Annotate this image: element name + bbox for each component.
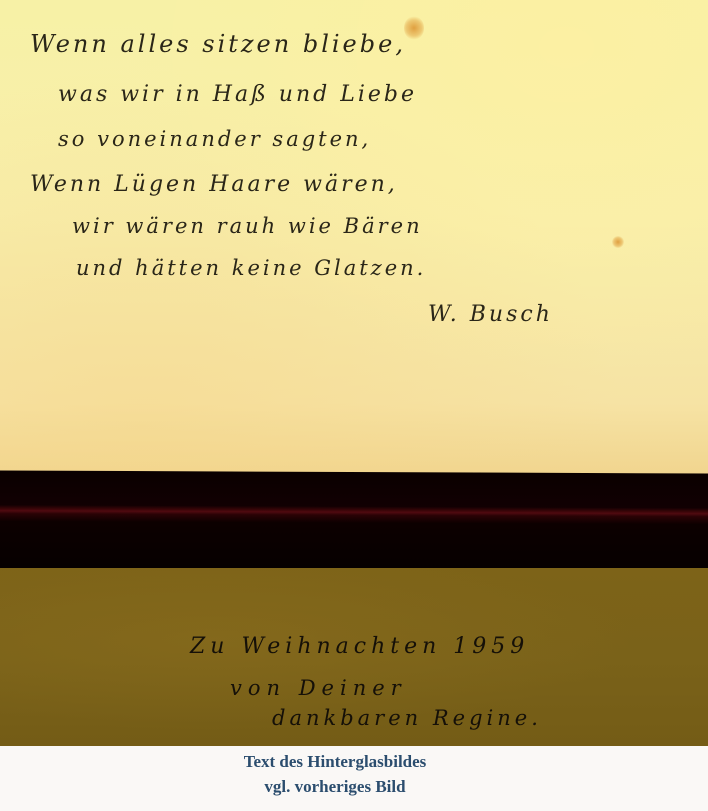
poem-line-2: was wir in Haß und Liebe xyxy=(58,82,417,107)
poem-line-6: und hätten keine Glatzen. xyxy=(76,256,426,280)
poem-line-4: Wenn Lügen Haare wären, xyxy=(30,172,398,197)
caption-area: Text des Hinterglasbildes vgl. vorherige… xyxy=(0,746,708,811)
dark-frame-band xyxy=(0,470,708,571)
caption-title: Text des Hinterglasbildes xyxy=(0,752,670,772)
dedication-line-3: dankbaren Regine. xyxy=(272,706,542,730)
poem-line-5: wir wären rauh wie Bären xyxy=(72,214,423,238)
ink-stain xyxy=(612,236,624,248)
dedication-line-1: Zu Weihnachten 1959 xyxy=(190,634,529,659)
poem-line-1: Wenn alles sitzen bliebe, xyxy=(30,30,406,58)
scanned-page: Wenn alles sitzen bliebe, was wir in Haß… xyxy=(0,0,708,811)
lower-paper-area: Zu Weihnachten 1959 von Deiner dankbaren… xyxy=(0,568,708,746)
ink-stain xyxy=(404,16,424,40)
caption-subtitle: vgl. vorheriges Bild xyxy=(0,777,670,797)
poem-line-3: so voneinander sagten, xyxy=(58,127,371,151)
poem-author: W. Busch xyxy=(428,302,553,327)
dedication-line-2: von Deiner xyxy=(230,676,407,700)
upper-paper-area: Wenn alles sitzen bliebe, was wir in Haß… xyxy=(0,0,708,474)
